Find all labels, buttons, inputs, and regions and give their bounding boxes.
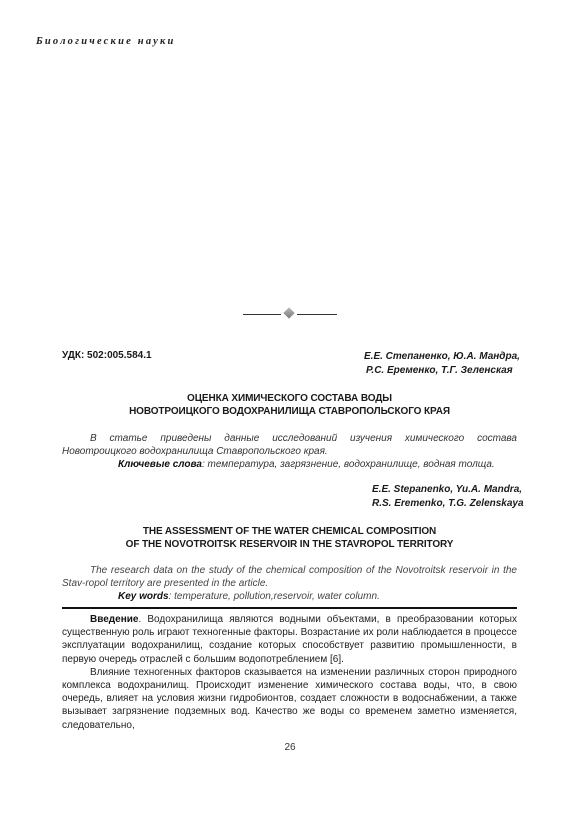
title-ru-line-1: ОЦЕНКА ХИМИЧЕСКОГО СОСТАВА ВОДЫ [62,392,517,405]
udk-code: УДК: 502:005.584.1 [62,350,152,361]
authors-en-line-1: E.E. Stepanenko, Yu.A. Mandra, [372,483,532,497]
title-en-line-1: THE ASSESSMENT OF THE WATER CHEMICAL COM… [62,525,517,538]
diamond-ornament-icon [283,307,294,318]
intro-heading: Введение [90,614,138,625]
abstract-ru: В статье приведены данные исследований и… [62,432,517,471]
ornamental-divider [243,309,337,321]
title-en-line-2: OF THE NOVOTROITSK RESERVOIR IN THE STAV… [62,538,517,551]
keywords-ru-list: : температура, загрязнение, водохранилищ… [202,459,495,470]
article-body: Введение. Водохранилища являются водными… [62,613,517,732]
divider-line-left [243,314,281,315]
title-ru-line-2: НОВОТРОИЦКОГО ВОДОХРАНИЛИЩА СТАВРОПОЛЬСК… [62,405,517,418]
keywords-en-label: Key words [118,591,169,602]
abstract-ru-text: В статье приведены данные исследований и… [62,432,517,458]
keywords-ru-label: Ключевые слова [118,459,202,470]
article-title-ru: ОЦЕНКА ХИМИЧЕСКОГО СОСТАВА ВОДЫ НОВОТРОИ… [62,392,517,418]
page-number: 26 [0,742,580,753]
divider-line-right [297,314,337,315]
keywords-en: Key words: temperature, pollution,reserv… [62,590,517,603]
journal-section-label: Биологические науки [36,36,176,47]
body-paragraph-2: Влияние техногенных факторов сказывается… [62,666,517,732]
article-title-en: THE ASSESSMENT OF THE WATER CHEMICAL COM… [62,525,517,551]
section-rule [62,607,517,609]
body-paragraph-1: Введение. Водохранилища являются водными… [62,613,517,666]
abstract-en-text: The research data on the study of the ch… [62,564,517,590]
authors-ru: Е.Е. Степаненко, Ю.А. Мандра, Р.С. Ереме… [364,350,524,378]
authors-ru-line-1: Е.Е. Степаненко, Ю.А. Мандра, [364,350,524,364]
authors-ru-line-2: Р.С. Еременко, Т.Г. Зеленская [364,364,524,378]
authors-en-line-2: R.S. Eremenko, T.G. Zelenskaya [372,497,532,511]
keywords-ru: Ключевые слова: температура, загрязнение… [62,458,517,471]
authors-en: E.E. Stepanenko, Yu.A. Mandra, R.S. Erem… [372,483,532,511]
keywords-en-list: : temperature, pollution,reservoir, wate… [169,591,380,602]
abstract-en: The research data on the study of the ch… [62,564,517,603]
